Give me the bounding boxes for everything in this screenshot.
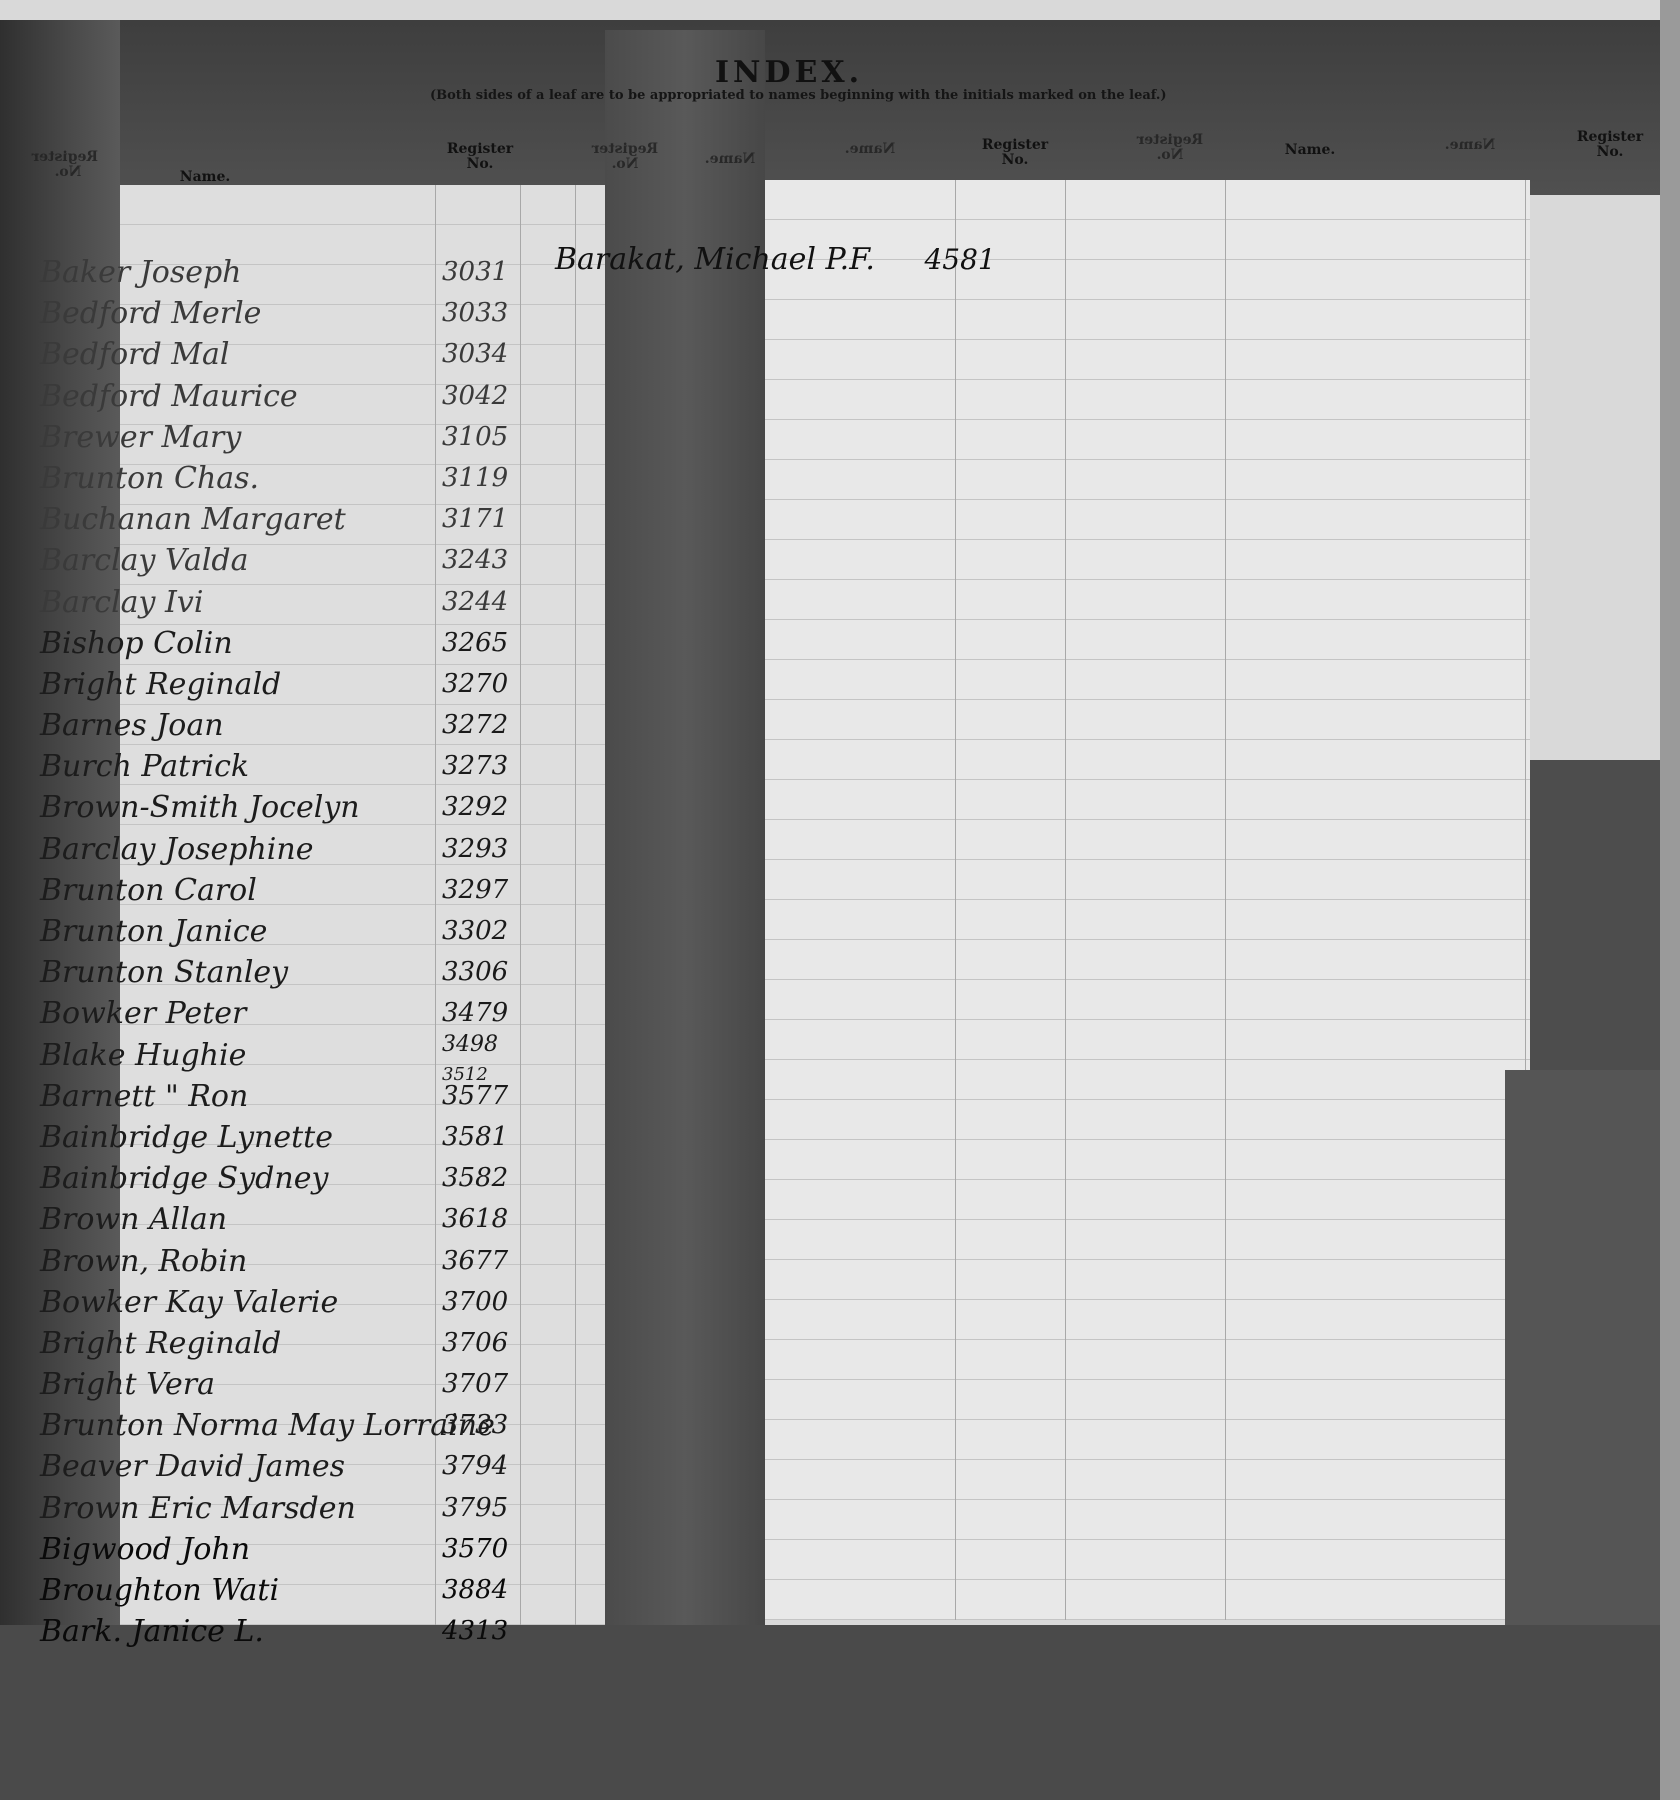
entry-name: Barclay Ivi bbox=[40, 585, 203, 620]
entry-name: Brunton Carol bbox=[40, 873, 257, 908]
entry-register-no: 3034 bbox=[442, 339, 508, 369]
entry-name: Bright Reginald bbox=[40, 1326, 281, 1361]
column-header: Register No. bbox=[590, 142, 660, 172]
entry-register-no: 3733 bbox=[442, 1410, 508, 1440]
column-header: Name. bbox=[1280, 143, 1340, 158]
page-edge bbox=[1660, 0, 1680, 1800]
entry-register-no: 3618 bbox=[442, 1204, 508, 1234]
entry-register-no: 3033 bbox=[442, 298, 508, 328]
entry-register-no: 3570 bbox=[442, 1534, 508, 1564]
entry-register-no: 3273 bbox=[442, 751, 508, 781]
index-entry: Brunton Stanley3306 bbox=[30, 955, 570, 996]
index-entry: Brunton Chas.3119 bbox=[30, 461, 570, 502]
entry-name: Bedford Mal bbox=[40, 337, 229, 372]
index-entry: Baker Joseph3031 bbox=[30, 255, 570, 296]
entry-register-no: 3297 bbox=[442, 875, 508, 905]
entry-name: Beaver David James bbox=[40, 1449, 345, 1484]
entry-name: Bowker Kay Valerie bbox=[40, 1285, 338, 1320]
tape-top bbox=[20, 20, 1660, 195]
column-header: Name. bbox=[1440, 138, 1500, 153]
entry-register-no: 3577 bbox=[442, 1081, 508, 1111]
column-header: Register No. bbox=[1570, 130, 1650, 160]
index-entry: Brown Eric Marsden3795 bbox=[30, 1491, 570, 1532]
index-entry: Barclay Josephine3293 bbox=[30, 832, 570, 873]
entry-register-no: 3272 bbox=[442, 710, 508, 740]
index-entry: Brunton Janice3302 bbox=[30, 914, 570, 955]
entry-register-no: 3677 bbox=[442, 1246, 508, 1276]
entry-name: Bishop Colin bbox=[40, 626, 233, 661]
entry-register-no: 3265 bbox=[442, 628, 508, 658]
entry-register-no: 3884 bbox=[442, 1575, 508, 1605]
entry-name: Blake Hughie bbox=[40, 1038, 246, 1073]
entry-register-no: 3706 bbox=[442, 1328, 508, 1358]
index-entry: Brunton Norma May Lorraine3733 bbox=[30, 1408, 570, 1449]
index-entry: Burch Patrick3273 bbox=[30, 749, 570, 790]
entry-name: Barnett " Ron bbox=[40, 1079, 248, 1114]
index-entry: Bright Reginald3270 bbox=[30, 667, 570, 708]
index-entry: Bishop Colin3265 bbox=[30, 626, 570, 667]
index-entry: Broughton Wati3884 bbox=[30, 1573, 570, 1614]
tape-right-patch bbox=[1530, 760, 1660, 1080]
index-entry: Brewer Mary3105 bbox=[30, 420, 570, 461]
entry-name: Broughton Wati bbox=[40, 1573, 279, 1608]
index-entry: Bowker Kay Valerie3700 bbox=[30, 1285, 570, 1326]
index-entry: Bedford Merle3033 bbox=[30, 296, 570, 337]
index-entry: Barclay Valda3243 bbox=[30, 543, 570, 584]
column-header: Register No. bbox=[440, 142, 520, 172]
index-entry: Bainbridge Lynette3581 bbox=[30, 1120, 570, 1161]
entry-name: Bedford Merle bbox=[40, 296, 261, 331]
index-entry: Bright Reginald3706 bbox=[30, 1326, 570, 1367]
index-entry: Brunton Carol3297 bbox=[30, 873, 570, 914]
entry-name: Bright Vera bbox=[40, 1367, 215, 1402]
column-rule bbox=[1065, 180, 1066, 1620]
index-entry: Bedford Maurice3042 bbox=[30, 379, 570, 420]
index-entry: Brown, Robin3677 bbox=[30, 1244, 570, 1285]
entry-name: Brewer Mary bbox=[40, 420, 241, 455]
index-entry: Beaver David James3794 bbox=[30, 1449, 570, 1490]
entry-register-no: 4581 bbox=[924, 243, 995, 276]
index-entry: Barnes Joan3272 bbox=[30, 708, 570, 749]
column-header: Name. bbox=[175, 170, 235, 185]
entry-register-no: 3582 bbox=[442, 1163, 508, 1193]
entry-name: Bainbridge Lynette bbox=[40, 1120, 333, 1155]
entry-register-no: 3795 bbox=[442, 1493, 508, 1523]
entry-name: Brown Eric Marsden bbox=[40, 1491, 356, 1526]
index-entry: Bright Vera3707 bbox=[30, 1367, 570, 1408]
entry-register-no: 3794 bbox=[442, 1451, 508, 1481]
ruled-paper-right bbox=[765, 180, 1530, 1620]
entry-register-no: 3293 bbox=[442, 834, 508, 864]
column-header: Register No. bbox=[1130, 133, 1210, 163]
index-entry: Buchanan Margaret3171 bbox=[30, 502, 570, 543]
entry-register-no: 3479 bbox=[442, 998, 508, 1028]
entry-register-no: 3105 bbox=[442, 422, 508, 452]
entry-register-no: 3042 bbox=[442, 381, 508, 411]
left-column-entries: Baker Joseph3031Bedford Merle3033Bedford… bbox=[30, 255, 570, 1655]
entry-register-no: 3243 bbox=[442, 545, 508, 575]
entry-name: Bright Reginald bbox=[40, 667, 281, 702]
column-rule bbox=[1225, 180, 1226, 1620]
index-entry: Brown-Smith Jocelyn3292 bbox=[30, 790, 570, 831]
column-header: Name. bbox=[840, 142, 900, 157]
entry-name: Barclay Valda bbox=[40, 543, 249, 578]
entry-name: Baker Joseph bbox=[40, 255, 242, 290]
entry-name: Brown-Smith Jocelyn bbox=[40, 790, 360, 825]
column-rule bbox=[955, 180, 956, 1620]
entry-name: Bedford Maurice bbox=[40, 379, 298, 414]
index-instructions: (Both sides of a leaf are to be appropri… bbox=[430, 88, 1330, 103]
entry-register-no: 3031 bbox=[442, 257, 508, 287]
entry-register-no: 3270 bbox=[442, 669, 508, 699]
entry-register-no: 3302 bbox=[442, 916, 508, 946]
entry-name: Bainbridge Sydney bbox=[40, 1161, 328, 1196]
entry-name: Buchanan Margaret bbox=[40, 502, 346, 537]
entry-name: Bark. Janice L. bbox=[40, 1614, 264, 1649]
index-entry: Bainbridge Sydney3582 bbox=[30, 1161, 570, 1202]
scanned-index-page: INDEX. (Both sides of a leaf are to be a… bbox=[0, 0, 1680, 1800]
index-entry: Barnett " Ron3577 bbox=[30, 1079, 570, 1120]
entry-register-no: 3119 bbox=[442, 463, 508, 493]
column-header: Register No. bbox=[975, 138, 1055, 168]
middle-column-entry: Barakat, Michael P.F. 4581 bbox=[555, 242, 996, 277]
index-entry: Bigwood John3570 bbox=[30, 1532, 570, 1573]
entry-name: Brunton Stanley bbox=[40, 955, 288, 990]
entry-name: Brunton Norma May Lorraine bbox=[40, 1408, 495, 1443]
entry-register-no: 3292 bbox=[442, 792, 508, 822]
entry-register-no: 3244 bbox=[442, 587, 508, 617]
column-rule bbox=[575, 185, 576, 1625]
entry-register-no: 3707 bbox=[442, 1369, 508, 1399]
entry-name: Brunton Janice bbox=[40, 914, 267, 949]
index-entry: Blake Hughie34983512 bbox=[30, 1038, 570, 1079]
entry-register-no: 3498 bbox=[442, 1032, 498, 1057]
entry-name: Burch Patrick bbox=[40, 749, 249, 784]
index-title: INDEX. bbox=[715, 55, 863, 90]
entry-name: Bigwood John bbox=[40, 1532, 250, 1567]
entry-register-no: 4313 bbox=[442, 1616, 508, 1646]
entry-name: Brown, Robin bbox=[40, 1244, 247, 1279]
entry-register-no: 3171 bbox=[442, 504, 508, 534]
column-header: Register No. bbox=[38, 150, 98, 180]
column-header: Name. bbox=[700, 152, 760, 167]
entry-name: Barakat, Michael P.F. bbox=[555, 242, 875, 277]
entry-register-no: 3581 bbox=[442, 1122, 508, 1152]
entry-name: Brunton Chas. bbox=[40, 461, 259, 496]
index-entry: Barclay Ivi3244 bbox=[30, 585, 570, 626]
tape-right-lower bbox=[1505, 1070, 1680, 1630]
entry-name: Bowker Peter bbox=[40, 996, 246, 1031]
entry-name: Brown Allan bbox=[40, 1202, 227, 1237]
index-entry: Bedford Mal3034 bbox=[30, 337, 570, 378]
entry-register-no: 3306 bbox=[442, 957, 508, 987]
entry-name: Barnes Joan bbox=[40, 708, 224, 743]
entry-register-no: 3700 bbox=[442, 1287, 508, 1317]
index-entry: Bark. Janice L.4313 bbox=[30, 1614, 570, 1655]
entry-name: Barclay Josephine bbox=[40, 832, 313, 867]
index-entry: Brown Allan3618 bbox=[30, 1202, 570, 1243]
